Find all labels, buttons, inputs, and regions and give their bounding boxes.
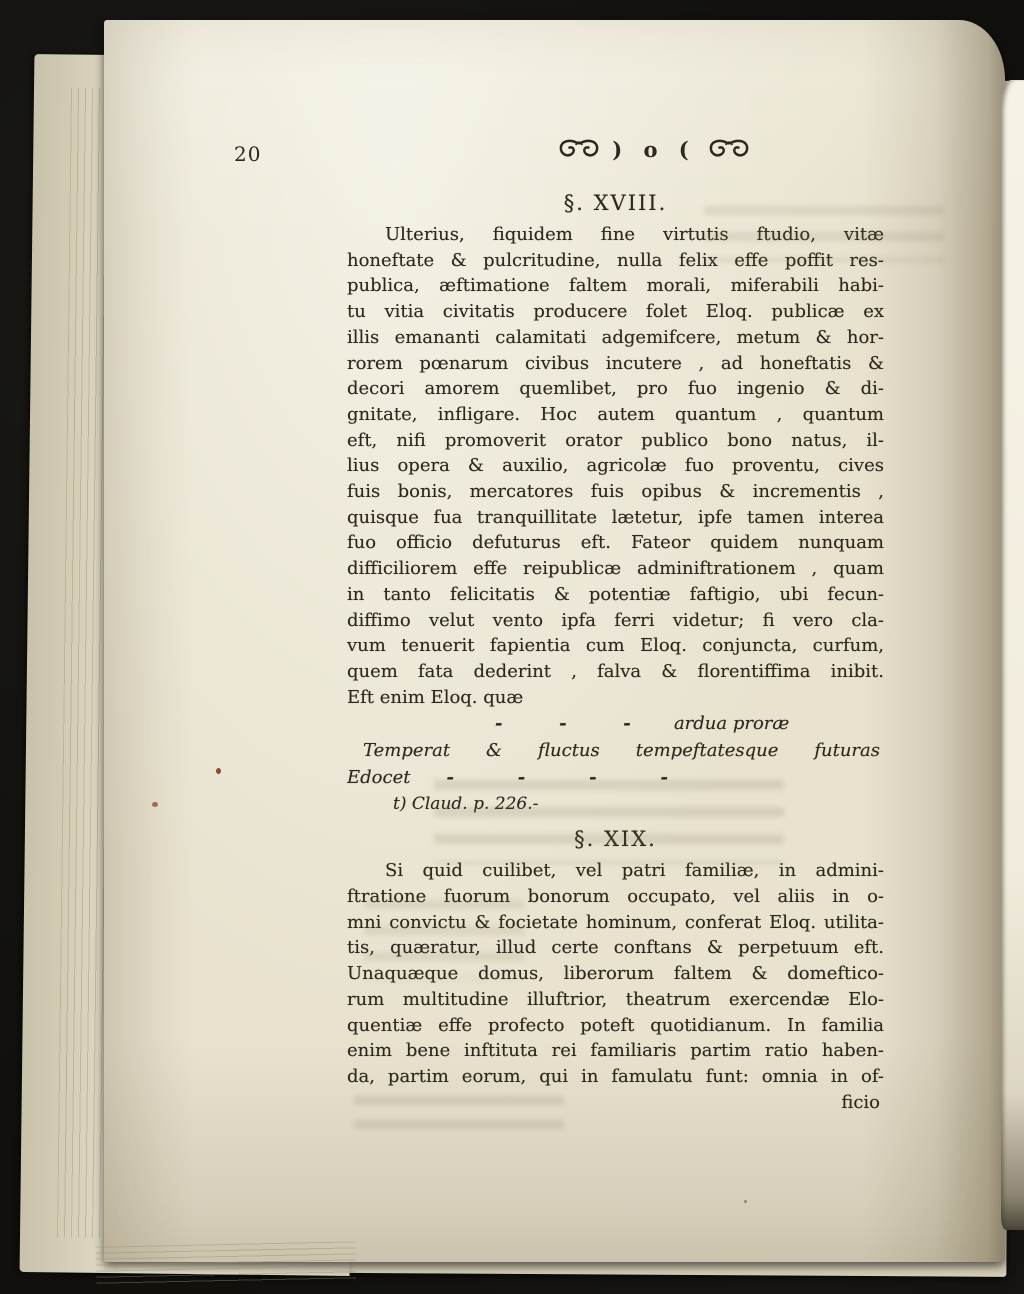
text-line: publica, æftimatione faltem morali, mife…	[347, 273, 884, 299]
paper-speck	[216, 768, 221, 774]
text-line: gnitate, infligare. Hoc autem quantum , …	[347, 402, 884, 428]
text-block: §. XVIII. Ulterius, fiquidem fine virtut…	[347, 188, 884, 1115]
fleuron-icon	[708, 138, 750, 164]
text-line: quem fata dederint , falva & florentiffi…	[347, 659, 884, 685]
catchword: ficio	[347, 1090, 884, 1116]
text-line: tis, quæratur, illud certe conftans & pe…	[347, 935, 884, 961]
text-line: honeftate & pulcritudine, nulla felix ef…	[347, 248, 884, 274]
verse-text: ardua proræ	[674, 713, 789, 734]
text-line: ftratione fuorum bonorum occupato, vel a…	[347, 884, 884, 910]
page-number: 20	[234, 142, 261, 166]
adjacent-page-edge	[1001, 80, 1024, 1230]
header-divider: ) o (	[612, 137, 696, 162]
text-line: vum tenuerit fapientia cum Eloq. conjunc…	[347, 633, 884, 659]
text-line: fuis bonis, mercatores fuis opibus & inc…	[347, 479, 884, 505]
text-line: decori amorem quemlibet, pro fuo ingenio…	[347, 376, 884, 402]
text-line: mni convictu & focietate hominum, confer…	[347, 910, 884, 936]
section-heading-18: §. XVIII.	[347, 188, 884, 218]
text-line: in tanto felicitatis & potentiæ faftigio…	[347, 582, 884, 608]
verse-line-2: Temperat & fluctus tempeftatesque futura…	[347, 737, 884, 764]
text-line: Si quid cuilibet, vel patri familiæ, in …	[347, 858, 884, 884]
header-ornament-row: ) o (	[522, 136, 786, 166]
text-line: Unaquæque domus, liberorum faltem & dome…	[347, 961, 884, 987]
text-line: illis emananti calamitati adgemifcere, m…	[347, 325, 884, 351]
text-line: eft, nifi promoverit orator publico bono…	[347, 428, 884, 454]
text-line: rum multitudine illuftrior, theatrum exe…	[347, 987, 884, 1013]
text-line: Eft enim Eloq. quæ	[347, 685, 884, 711]
text-line: quisque fua tranquillitate lætetur, ipfe…	[347, 505, 884, 531]
text-line: fuo officio defuturus eft. Fateor quidem…	[347, 530, 884, 556]
scan-background: 20 ) o (	[0, 0, 1024, 1294]
book-page: 20 ) o (	[104, 20, 1005, 1262]
footnote-citation: t) Claud. p. 226.-	[347, 791, 884, 818]
text-line: Ulterius, fiquidem fine virtutis ftudio,…	[347, 222, 884, 248]
text-line: diffimo velut vento ipfa ferri videtur; …	[347, 608, 884, 634]
verse-word: Edocet	[347, 767, 410, 788]
paper-speck	[152, 802, 158, 807]
text-line: quentiæ effe profecto poteft quotidianum…	[347, 1013, 884, 1039]
text-line: tu vitia civitatis producere folet Eloq.…	[347, 299, 884, 325]
page-stack-edges-bottom	[96, 1241, 357, 1286]
verse-dashes: - - -	[495, 713, 631, 734]
text-line: enim bene inftituta rei familiaris parti…	[347, 1038, 884, 1064]
text-line: lius opera & auxilio, agricolæ fuo prove…	[347, 453, 884, 479]
section-heading-19: §. XIX.	[347, 824, 884, 854]
verse-line-1: - - -ardua proræ	[347, 710, 884, 737]
paper-speck	[744, 1200, 747, 1203]
text-line: difficiliorem effe reipublicæ adminiftra…	[347, 556, 884, 582]
text-line: da, partim eorum, qui in famulatu funt: …	[347, 1064, 884, 1090]
fleuron-icon	[558, 138, 600, 164]
text-line: rorem pœnarum civibus incutere , ad hone…	[347, 351, 884, 377]
verse-dashes: - - - -	[446, 767, 667, 788]
verse-line-3: Edocet- - - -	[347, 764, 884, 791]
